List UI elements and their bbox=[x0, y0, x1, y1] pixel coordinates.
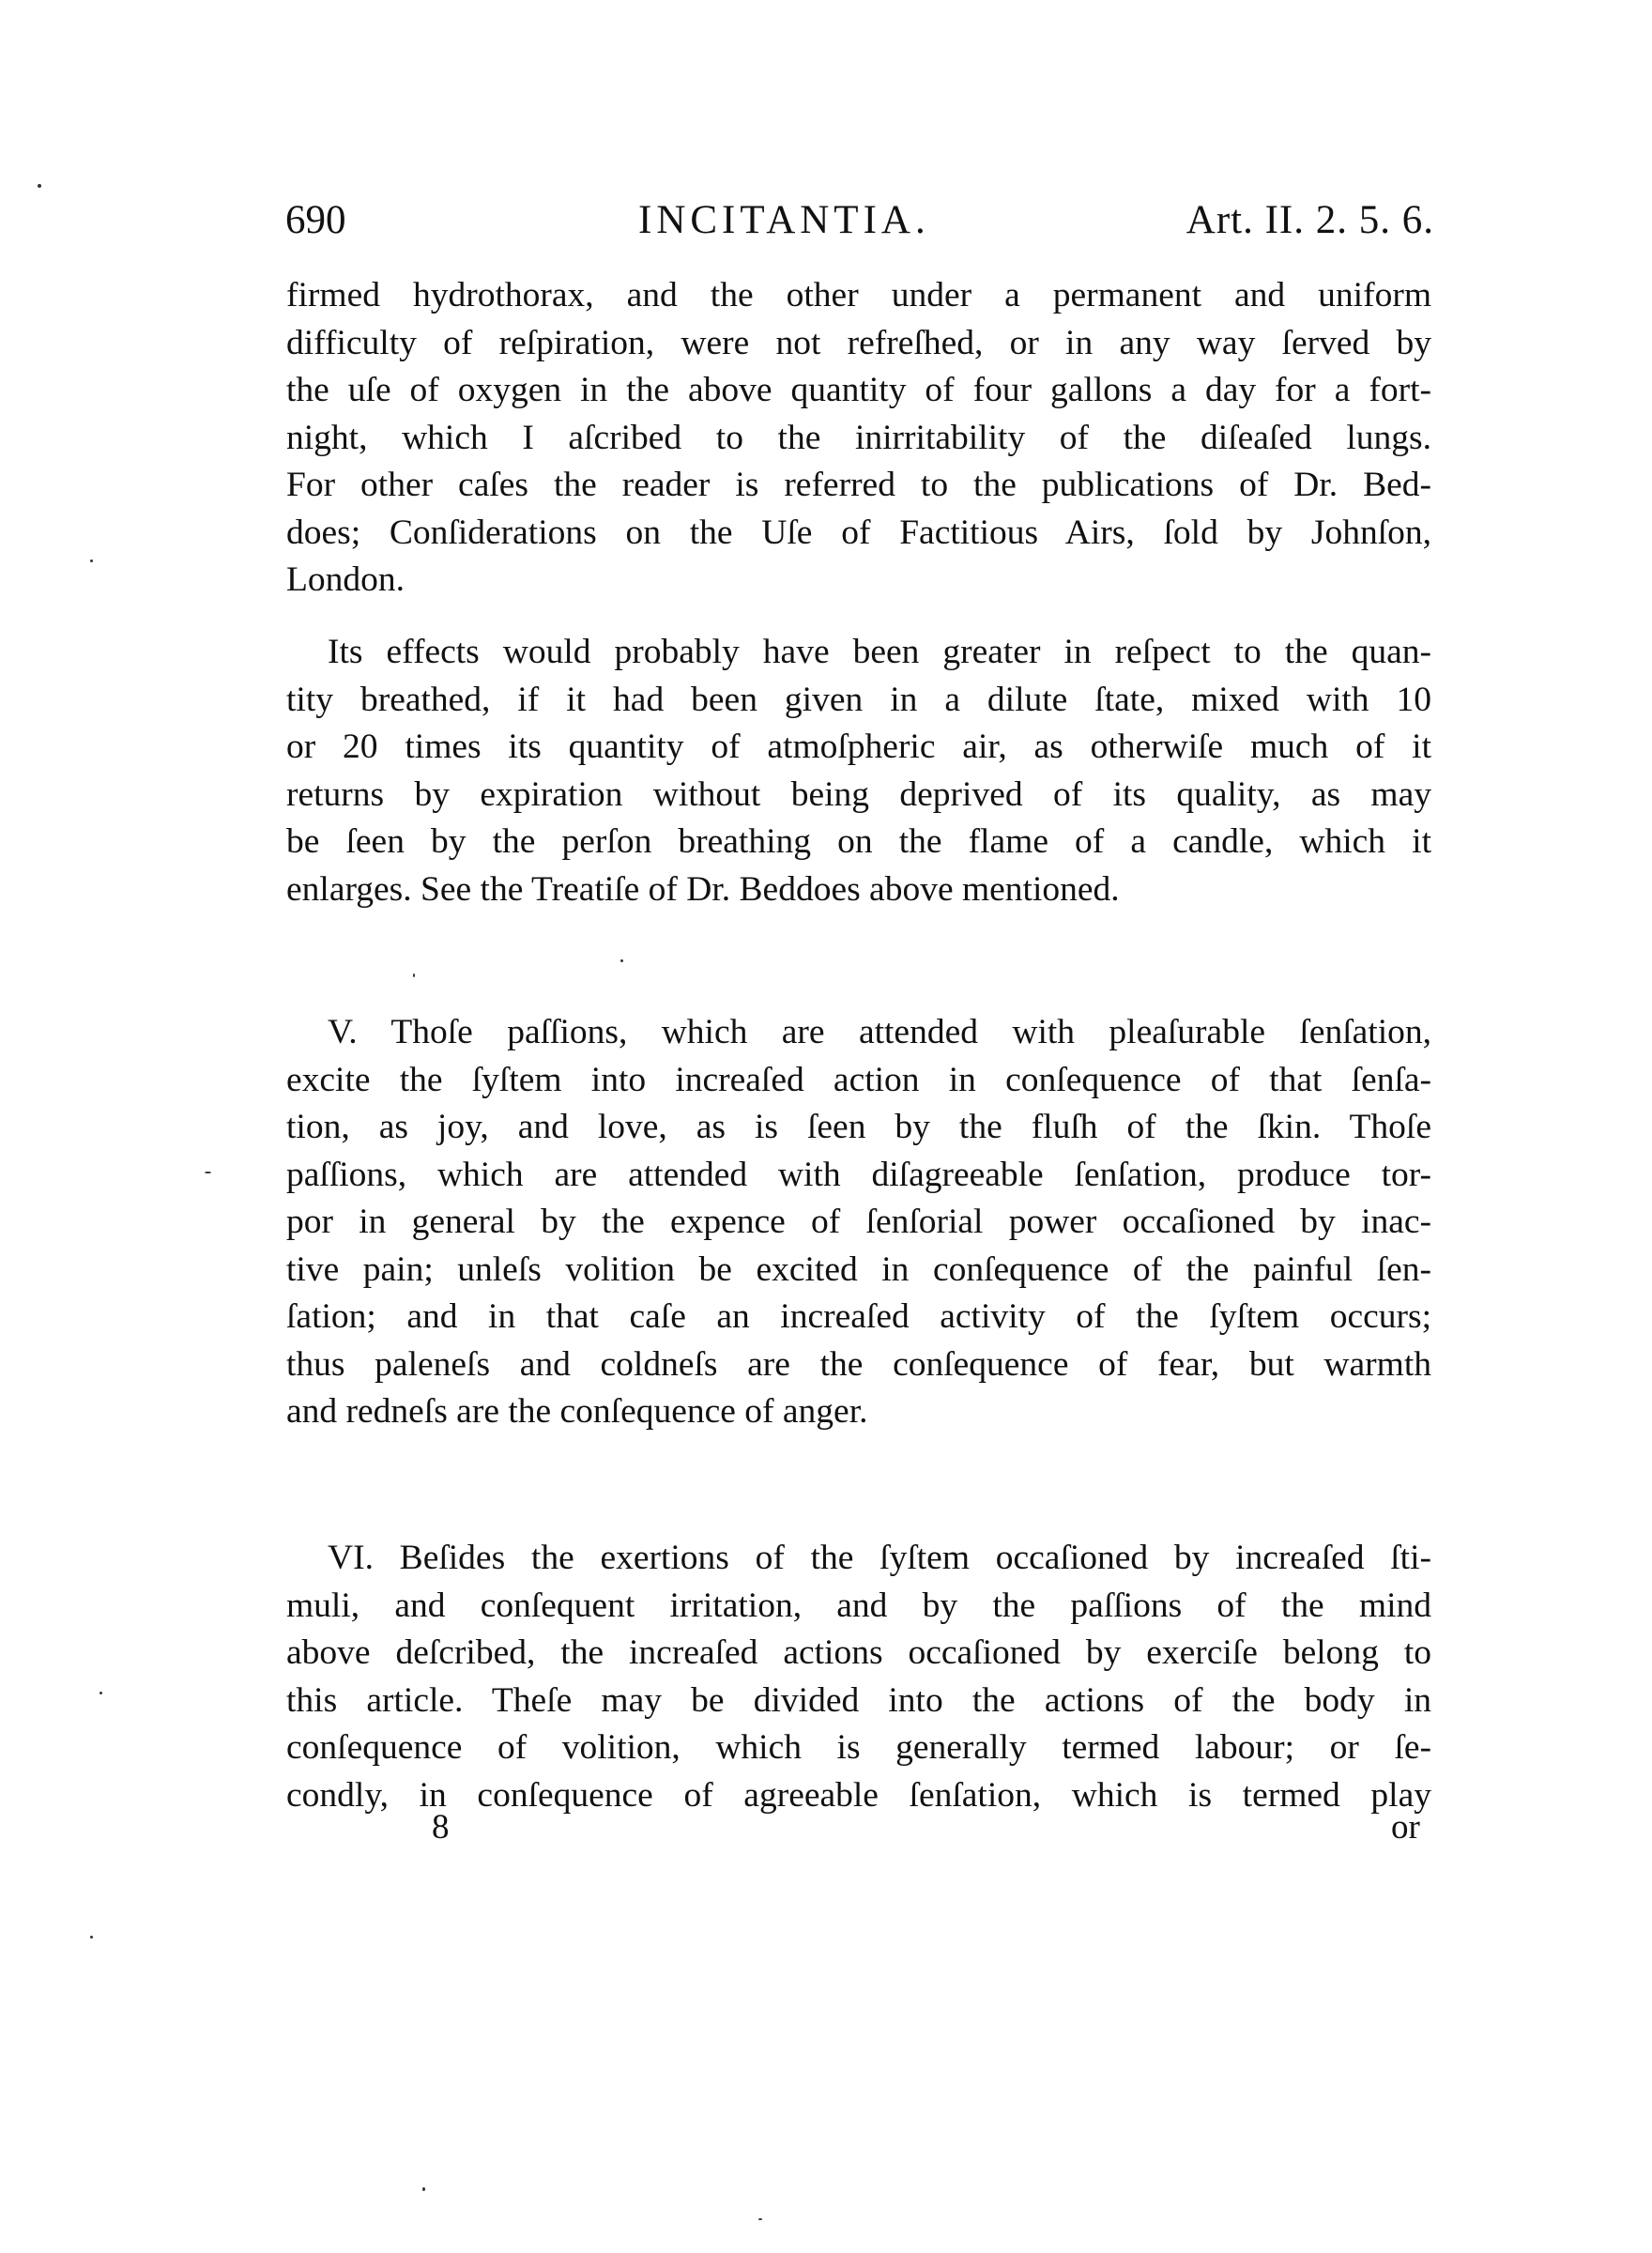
paragraph-section-v: V. Thoſe paſſions, which are attended wi… bbox=[286, 1009, 1431, 1436]
text-line: VI. Beſides the exertions of the ſyſtem … bbox=[286, 1535, 1431, 1583]
text-line: difficulty of reſpiration, were not refr… bbox=[286, 320, 1431, 368]
scan-speck bbox=[758, 2218, 762, 2220]
text-line: For other caſes the reader is referred t… bbox=[286, 462, 1431, 510]
text-line: por in general by the expence of ſenſori… bbox=[286, 1199, 1431, 1247]
scan-speck bbox=[422, 2187, 425, 2191]
scan-speck bbox=[90, 559, 93, 562]
scan-speck bbox=[413, 973, 415, 977]
catchword: or bbox=[1391, 1804, 1420, 1851]
text-line: V. Thoſe paſſions, which are attended wi… bbox=[286, 1009, 1431, 1057]
text-line: paſſions, which are attended with diſagr… bbox=[286, 1152, 1431, 1200]
paragraph-continuation: firmed hydrothorax, and the other under … bbox=[286, 272, 1431, 605]
text-line: the uſe of oxygen in the above quantity … bbox=[286, 367, 1431, 415]
text-line: this article. Theſe may be divided into … bbox=[286, 1678, 1431, 1725]
paragraph-section-vi: VI. Beſides the exertions of the ſyſtem … bbox=[286, 1535, 1431, 1819]
text-line: condly, in conſequence of agreeable ſenſ… bbox=[286, 1772, 1431, 1820]
text-line: London. bbox=[286, 557, 1431, 605]
text-line: Its effects would probably have been gre… bbox=[286, 629, 1431, 677]
section-reference: Art. II. 2. 5. 6. bbox=[1186, 188, 1434, 253]
book-page: 690 INCITANTIA. Art. II. 2. 5. 6. firmed… bbox=[0, 0, 1652, 2253]
text-line: be ſeen by the perſon breathing on the f… bbox=[286, 819, 1431, 866]
text-line: tion, as joy, and love, as is ſeen by th… bbox=[286, 1104, 1431, 1152]
text-line: tity breathed, if it had been given in a… bbox=[286, 677, 1431, 725]
text-line: does; Conſiderations on the Uſe of Facti… bbox=[286, 510, 1431, 558]
scan-speck bbox=[99, 1692, 102, 1694]
text-line: returns by expiration without being depr… bbox=[286, 772, 1431, 820]
text-line: excite the ſyſtem into increaſed action … bbox=[286, 1057, 1431, 1105]
scan-speck bbox=[620, 959, 623, 962]
scan-speck bbox=[38, 184, 41, 188]
text-line: conſequence of volition, which is genera… bbox=[286, 1724, 1431, 1772]
scan-speck bbox=[205, 1172, 211, 1173]
paragraph-effects: Its effects would probably have been gre… bbox=[286, 629, 1431, 913]
text-line: and redneſs are the conſequence of anger… bbox=[286, 1388, 1431, 1436]
text-line: or 20 times its quantity of atmoſpheric … bbox=[286, 724, 1431, 772]
text-line: night, which I aſcribed to the inirritab… bbox=[286, 415, 1431, 463]
text-line: muli, and conſequent irritation, and by … bbox=[286, 1583, 1431, 1631]
text-line: tive pain; unleſs volition be excited in… bbox=[286, 1247, 1431, 1295]
text-line: above deſcribed, the increaſed actions o… bbox=[286, 1630, 1431, 1678]
scan-speck bbox=[90, 1936, 93, 1939]
page-number: 690 bbox=[285, 188, 346, 253]
running-head: 690 INCITANTIA. Art. II. 2. 5. 6. bbox=[282, 188, 1434, 253]
text-line: firmed hydrothorax, and the other under … bbox=[286, 272, 1431, 320]
text-line: enlarges. See the Treatiſe of Dr. Beddoe… bbox=[286, 866, 1431, 914]
running-title: INCITANTIA. bbox=[638, 188, 930, 253]
signature-mark: 8 bbox=[432, 1804, 450, 1851]
text-line: thus paleneſs and coldneſs are the conſe… bbox=[286, 1341, 1431, 1389]
text-line: ſation; and in that caſe an increaſed ac… bbox=[286, 1294, 1431, 1341]
